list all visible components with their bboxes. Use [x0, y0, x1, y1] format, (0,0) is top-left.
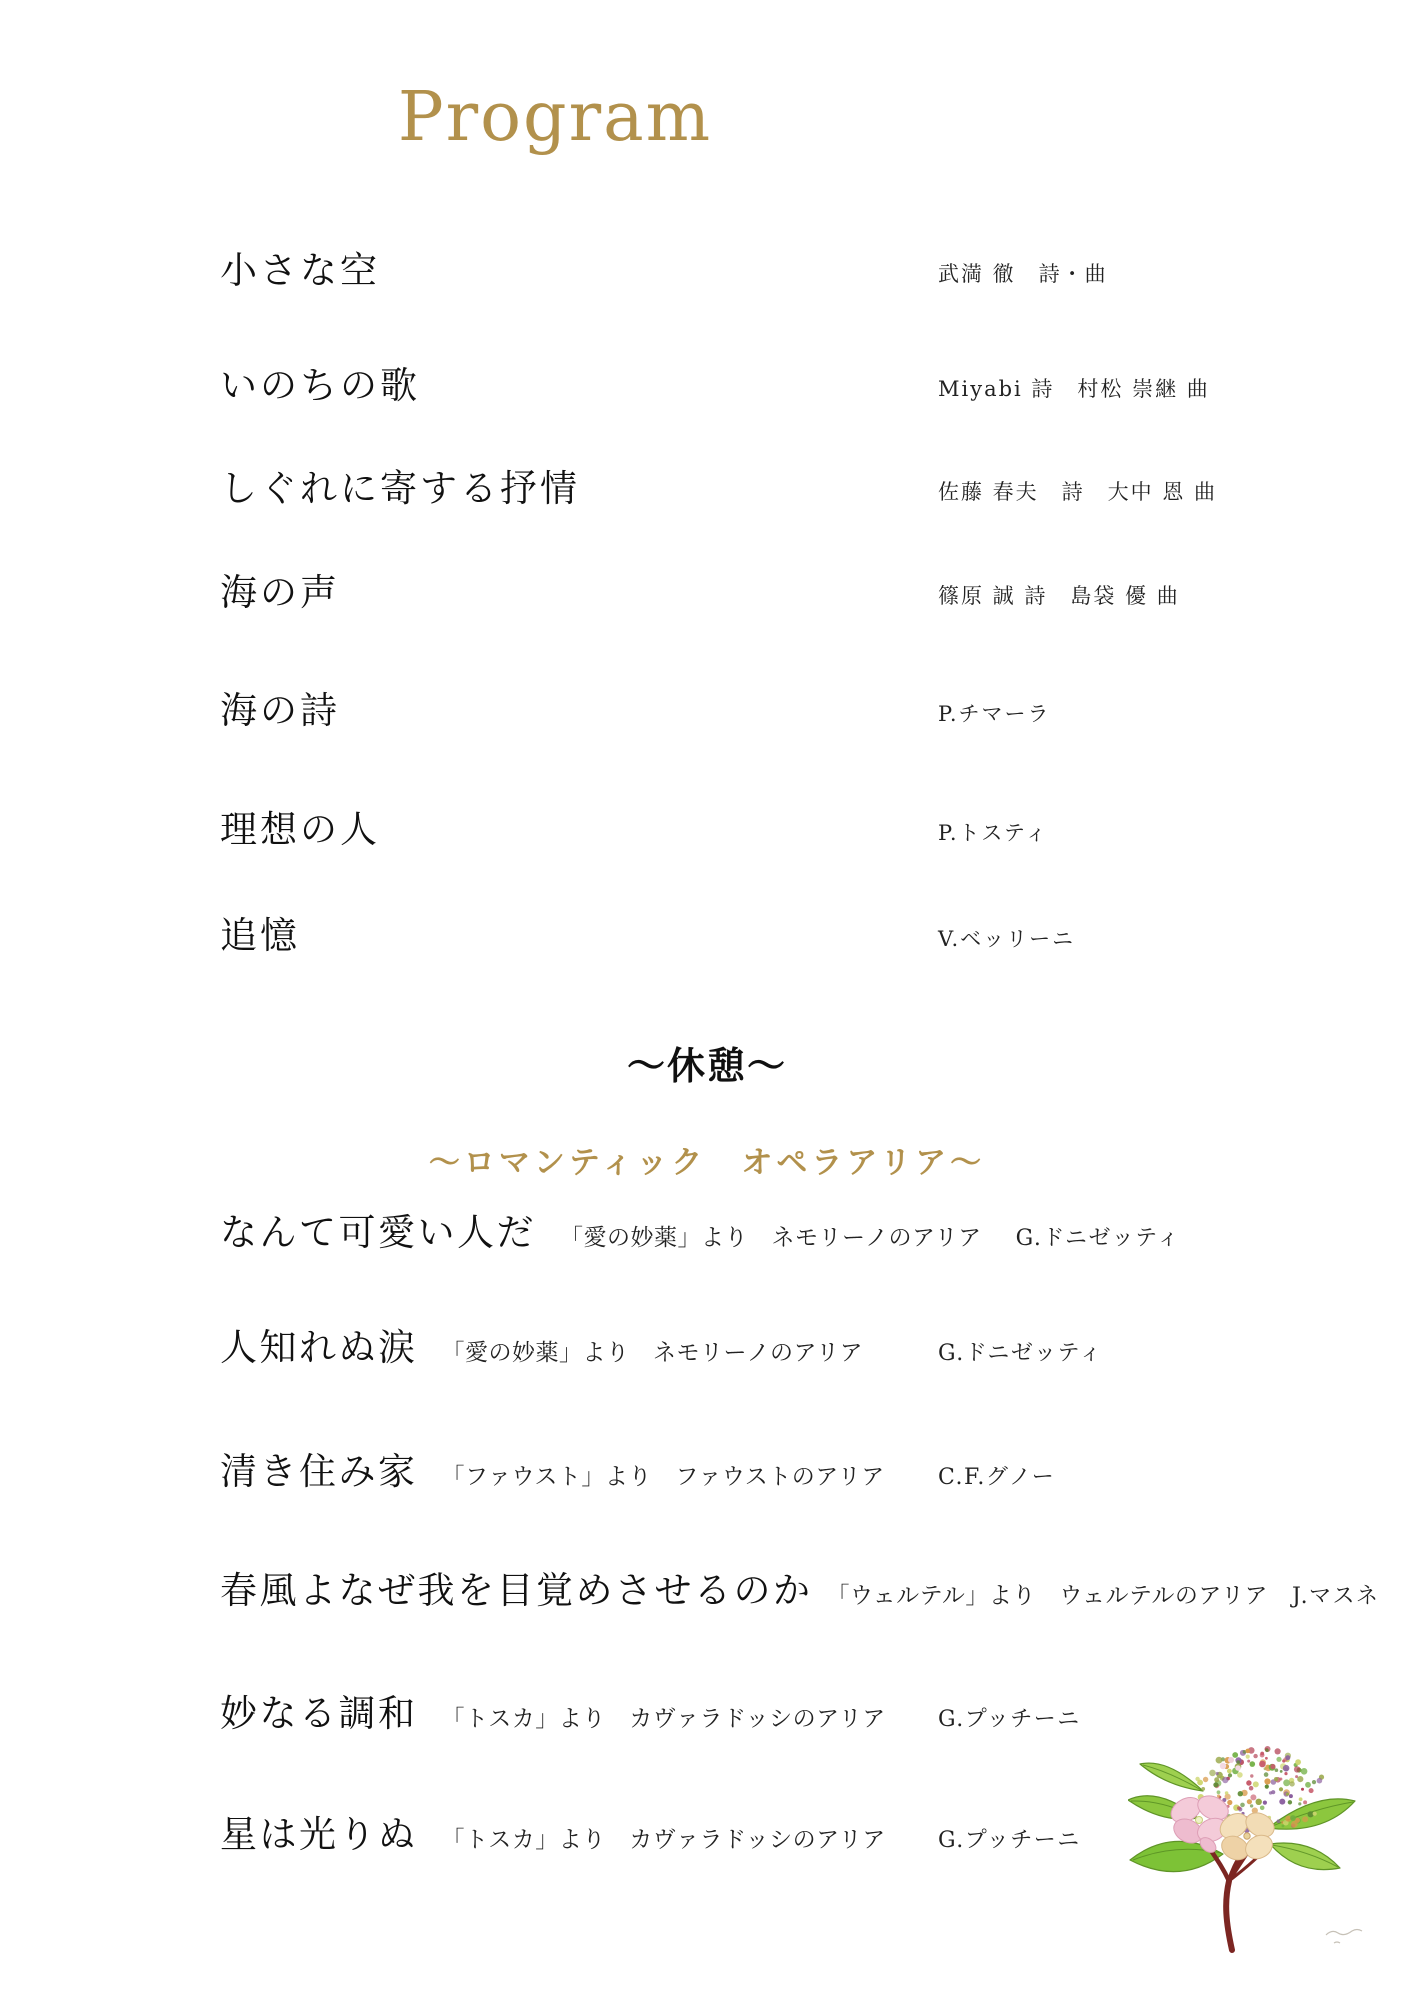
song-credit: 佐藤 春夫 詩 大中 恩 曲	[938, 482, 1217, 503]
artist-signature-mark	[1326, 1930, 1362, 1944]
song-title: 追憶	[220, 917, 300, 954]
song-row: いのちの歌 Miyabi 詩 村松 崇継 曲	[0, 367, 1414, 415]
song-row: しぐれに寄する抒情 佐藤 春夫 詩 大中 恩 曲	[0, 470, 1414, 518]
song-credit: G.ドニゼッティ	[1016, 1228, 1181, 1250]
song-row: 人知れぬ涙 「愛の妙薬」より ネモリーノのアリア G.ドニゼッティ	[0, 1329, 1414, 1377]
song-credit: G.プッチーニ	[938, 1830, 1081, 1852]
song-row: なんて可愛い人だ 「愛の妙薬」より ネモリーノのアリア G.ドニゼッティ	[0, 1214, 1414, 1262]
song-subtitle: 「トスカ」より カヴァラドッシのアリア	[442, 1708, 886, 1731]
song-title: 理想の人	[220, 811, 380, 848]
song-credit: V.ベッリーニ	[938, 929, 1075, 950]
song-subtitle: 「ウェルテル」より ウェルテルのアリア	[827, 1585, 1268, 1608]
song-title: 海の詩	[220, 692, 340, 729]
song-title: 清き住み家	[220, 1453, 418, 1490]
song-row: 理想の人 P.トスティ	[0, 811, 1414, 859]
section-heading: ～ロマンティック オペラアリア～	[0, 1148, 1414, 1179]
page-title: Program	[0, 84, 1110, 152]
song-row: 清き住み家 「ファウスト」より ファウストのアリア C.F.グノー	[0, 1453, 1414, 1501]
song-title: 星は光りぬ	[220, 1816, 418, 1853]
song-title: 小さな空	[220, 252, 380, 289]
hydrangea-illustration	[1128, 1688, 1414, 2000]
song-credit: J.マスネ	[1292, 1586, 1380, 1608]
song-title: しぐれに寄する抒情	[220, 470, 580, 507]
song-credit: G.プッチーニ	[938, 1709, 1081, 1731]
song-subtitle: 「ファウスト」より ファウストのアリア	[442, 1466, 885, 1489]
song-row: 海の声 篠原 誠 詩 島袋 優 曲	[0, 574, 1414, 622]
song-row: 追憶 V.ベッリーニ	[0, 917, 1414, 965]
song-credit: Miyabi 詩 村松 崇継 曲	[938, 379, 1210, 400]
song-credit: 武満 徹 詩・曲	[938, 264, 1108, 285]
program-page: Program 小さな空 武満 徹 詩・曲 いのちの歌 Miyabi 詩 村松 …	[0, 0, 1414, 2000]
song-title: なんて可愛い人だ	[220, 1214, 536, 1251]
song-title: 人知れぬ涙	[220, 1329, 418, 1366]
song-row: 小さな空 武満 徹 詩・曲	[0, 252, 1414, 300]
song-title: 春風よなぜ我を目覚めさせるのか	[220, 1572, 813, 1609]
song-credit: P.チマーラ	[938, 704, 1051, 725]
song-title: いのちの歌	[220, 367, 420, 404]
song-credit: G.ドニゼッティ	[938, 1343, 1103, 1365]
song-subtitle: 「愛の妙薬」より ネモリーノのアリア	[560, 1227, 982, 1250]
song-title: 妙なる調和	[220, 1695, 418, 1732]
song-row: 春風よなぜ我を目覚めさせるのか 「ウェルテル」より ウェルテルのアリア J.マス…	[0, 1572, 1414, 1620]
song-title: 海の声	[220, 574, 340, 611]
song-credit: C.F.グノー	[938, 1467, 1055, 1489]
song-subtitle: 「愛の妙薬」より ネモリーノのアリア	[442, 1342, 864, 1365]
song-subtitle: 「トスカ」より カヴァラドッシのアリア	[442, 1829, 886, 1852]
intermission-heading: ～休憩～	[0, 1047, 1414, 1085]
song-row: 海の詩 P.チマーラ	[0, 692, 1414, 740]
song-credit: P.トスティ	[938, 823, 1048, 844]
song-credit: 篠原 誠 詩 島袋 優 曲	[938, 586, 1180, 607]
